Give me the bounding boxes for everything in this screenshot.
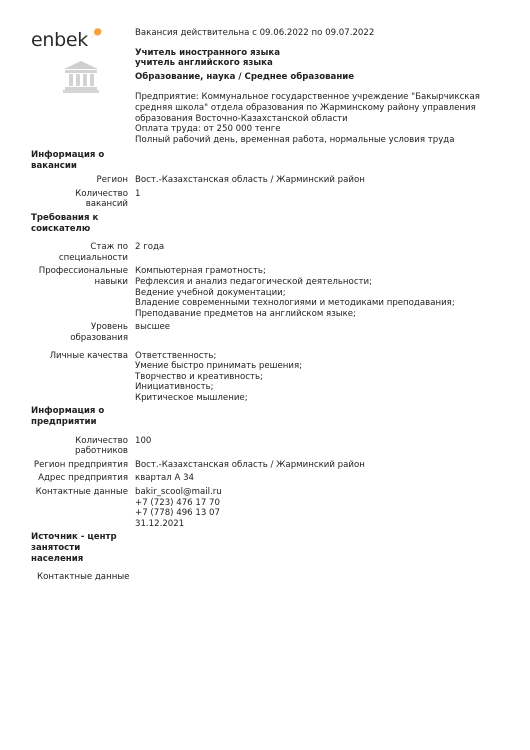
salary-line: Оплата труда: от 250 000 тенге <box>135 124 515 135</box>
detail-label: Количество вакансий <box>31 189 135 210</box>
quality-item: Критическое мышление; <box>135 393 511 404</box>
detail-row-contacts: Контактные данные bakir_scool@mail.ru +7… <box>31 487 511 529</box>
description-line: средняя школа" отдела образования по Жар… <box>135 103 515 114</box>
detail-value: 100 <box>135 436 511 457</box>
detail-value: Вост.-Казахстанская область / Жарминский… <box>135 175 511 186</box>
detail-label: Регион предприятия <box>31 460 135 471</box>
section-title-source: Источник - центр занятости населения <box>31 532 126 564</box>
skill-item: Ведение учебной документации; <box>135 288 511 299</box>
enbek-logo: enbek <box>31 28 101 52</box>
detail-label: Уровень образования <box>31 322 135 343</box>
quality-item: Умение быстро принимать решения; <box>135 361 511 372</box>
quality-item: Творчество и креативность; <box>135 372 511 383</box>
contact-email: bakir_scool@mail.ru <box>135 487 511 498</box>
logo-accent-icon <box>90 28 102 40</box>
detail-row-source-contacts: Контактные данные <box>31 572 511 583</box>
detail-value: квартал А 34 <box>135 473 511 484</box>
detail-row-company-address: Адрес предприятия квартал А 34 <box>31 473 511 484</box>
description-line: образования Восточно-Казахстанской облас… <box>135 114 515 125</box>
detail-value-line: Вост.-Казахстанская область / Жарминский… <box>135 175 511 186</box>
detail-row-education-level: Уровень образования высшее <box>31 322 511 343</box>
detail-row-employee-count: Количество работников 100 <box>31 436 511 457</box>
detail-label: Контактные данные <box>31 572 144 583</box>
description-line: Предприятие: Коммунальное государственно… <box>135 92 515 103</box>
skill-item: Владение современными технологиями и мет… <box>135 298 511 309</box>
skill-item: Рефлексия и анализ педагогической деятел… <box>135 277 511 288</box>
validity-period: Вакансия действительна с 09.06.2022 по 0… <box>135 28 515 39</box>
contact-date: 31.12.2021 <box>135 519 511 530</box>
section-title-vacancy-info: Информация о вакансии <box>31 150 126 171</box>
detail-label: Стаж по специальности <box>31 242 135 263</box>
detail-row-company-region: Регион предприятия Вост.-Казахстанская о… <box>31 460 511 471</box>
detail-value: 1 <box>135 189 511 210</box>
building-icon <box>63 60 99 93</box>
detail-value-line: квартал А 34 <box>135 473 511 484</box>
job-category: Образование, наука / Среднее образование <box>135 72 515 83</box>
job-title: Учитель иностранного языка <box>135 48 515 59</box>
job-description: Предприятие: Коммунальное государственно… <box>135 92 515 145</box>
quality-item: Инициативность; <box>135 382 511 393</box>
quality-item: Ответственность; <box>135 351 511 362</box>
detail-row-professional-skills: Профессиональные навыки Компьютерная гра… <box>31 266 511 319</box>
section-title-requirements: Требования к соискателю <box>31 213 126 234</box>
job-subtitle: учитель английского языка <box>135 58 515 69</box>
detail-row-vacancy-count: Количество вакансий 1 <box>31 189 511 210</box>
section-title-company-info: Информация о предприятии <box>31 406 126 427</box>
detail-value <box>144 572 511 583</box>
detail-value-line: 100 <box>135 436 511 447</box>
detail-value: bakir_scool@mail.ru +7 (723) 476 17 70 +… <box>135 487 511 529</box>
detail-value: высшее <box>135 322 511 343</box>
detail-value-line: Вост.-Казахстанская область / Жарминский… <box>135 460 511 471</box>
detail-label: Адрес предприятия <box>31 473 135 484</box>
detail-value-line: 2 года <box>135 242 511 253</box>
detail-label: Контактные данные <box>31 487 135 529</box>
detail-value: Компьютерная грамотность; Рефлексия и ан… <box>135 266 511 319</box>
detail-value-line: высшее <box>135 322 511 333</box>
detail-label: Профессиональные навыки <box>31 266 135 319</box>
detail-value: Вост.-Казахстанская область / Жарминский… <box>135 460 511 471</box>
schedule-line: Полный рабочий день, временная работа, н… <box>135 135 515 146</box>
detail-value: Ответственность; Умение быстро принимать… <box>135 351 511 404</box>
detail-row-experience: Стаж по специальности 2 года <box>31 242 511 263</box>
detail-row-personal-qualities: Личные качества Ответственность; Умение … <box>31 351 511 404</box>
detail-row-region: Регион Вост.-Казахстанская область / Жар… <box>31 175 511 186</box>
contact-phone: +7 (778) 496 13 07 <box>135 508 511 519</box>
detail-value-line: 1 <box>135 189 511 200</box>
detail-label: Личные качества <box>31 351 135 404</box>
detail-value: 2 года <box>135 242 511 263</box>
detail-label: Количество работников <box>31 436 135 457</box>
contact-phone: +7 (723) 476 17 70 <box>135 498 511 509</box>
vacancy-details: Информация о вакансии Регион Вост.-Казах… <box>31 150 511 586</box>
detail-label: Регион <box>31 175 135 186</box>
logo-text: enbek <box>31 29 88 51</box>
vacancy-header: Вакансия действительна с 09.06.2022 по 0… <box>135 28 515 145</box>
skill-item: Компьютерная грамотность; <box>135 266 511 277</box>
skill-item: Преподавание предметов на английском язы… <box>135 309 511 320</box>
